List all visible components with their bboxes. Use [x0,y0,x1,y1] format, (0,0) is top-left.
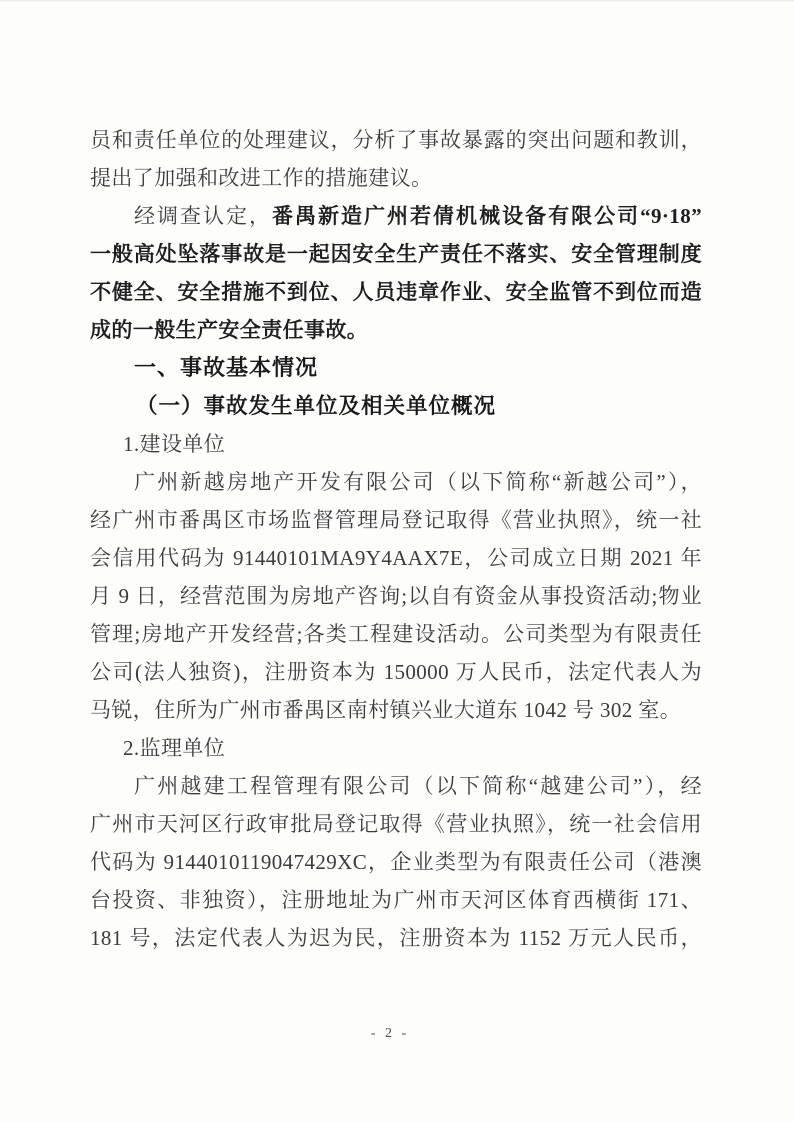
document-body: 员和责任单位的处理建议，分析了事故暴露的突出问题和教训， 提出了加强和改进工作的… [90,121,702,957]
finding-paragraph-line: 不健全、安全措施不到位、人员违章作业、安全监管不到位而造 [90,273,702,311]
subsection-heading: （一）事故发生单位及相关单位概况 [90,387,702,425]
item2-line: 代码为 9144010119047429XC，企业类型为有限责任公司（港澳 [90,843,702,881]
item1-line: 经广州市番禺区市场监督管理局登记取得《营业执照》，统一社 [90,501,702,539]
body-line: 员和责任单位的处理建议，分析了事故暴露的突出问题和教训， [90,121,702,159]
item1-line: 月 9 日，经营范围为房地产咨询;以自有资金从事投资活动;物业 [90,577,702,615]
item2-line: 181 号，法定代表人为迟为民，注册资本为 1152 万元人民币， [90,919,702,957]
finding-paragraph-line: 成的一般生产安全责任事故。 [90,311,702,349]
item1-line: 管理;房地产开发经营;各类工程建设活动。公司类型为有限责任 [90,615,702,653]
finding-paragraph-line: 经调查认定，番禺新造广州若倩机械设备有限公司“9·18” [90,197,702,235]
item1-line: 广州新越房地产开发有限公司（以下简称“新越公司”）， [90,463,702,501]
item1-line: 会信用代码为 91440101MA9Y4AAX7E，公司成立日期 2021 年 … [90,539,702,577]
item2-line: 广州越建工程管理有限公司（以下简称“越建公司”），经 [90,767,702,805]
item2-heading: 2.监理单位 [90,729,702,767]
finding-bold-text: 番禺新造广州若倩机械设备有限公司“9·18” [272,204,702,228]
item1-line: 公司(法人独资)，注册资本为 150000 万人民币，法定代表人为 [90,653,702,691]
item2-line: 广州市天河区行政审批局登记取得《营业执照》，统一社会信用 [90,805,702,843]
finding-paragraph-line: 一般高处坠落事故是一起因安全生产责任不落实、安全管理制度 [90,235,702,273]
page-number: - 2 - [0,1026,780,1042]
body-line: 提出了加强和改进工作的措施建议。 [90,159,702,197]
section-heading: 一、事故基本情况 [90,349,702,387]
scan-artifact-top-edge [0,0,794,2]
item1-heading: 1.建设单位 [90,425,702,463]
item2-line: 台投资、非独资），注册地址为广州市天河区体育西横街 171、 [90,881,702,919]
document-page: 员和责任单位的处理建议，分析了事故暴露的突出问题和教训， 提出了加强和改进工作的… [0,0,794,1122]
finding-lead-text: 经调查认定， [134,204,272,228]
item1-line: 马锐，住所为广州市番禺区南村镇兴业大道东 1042 号 302 室。 [90,691,702,729]
